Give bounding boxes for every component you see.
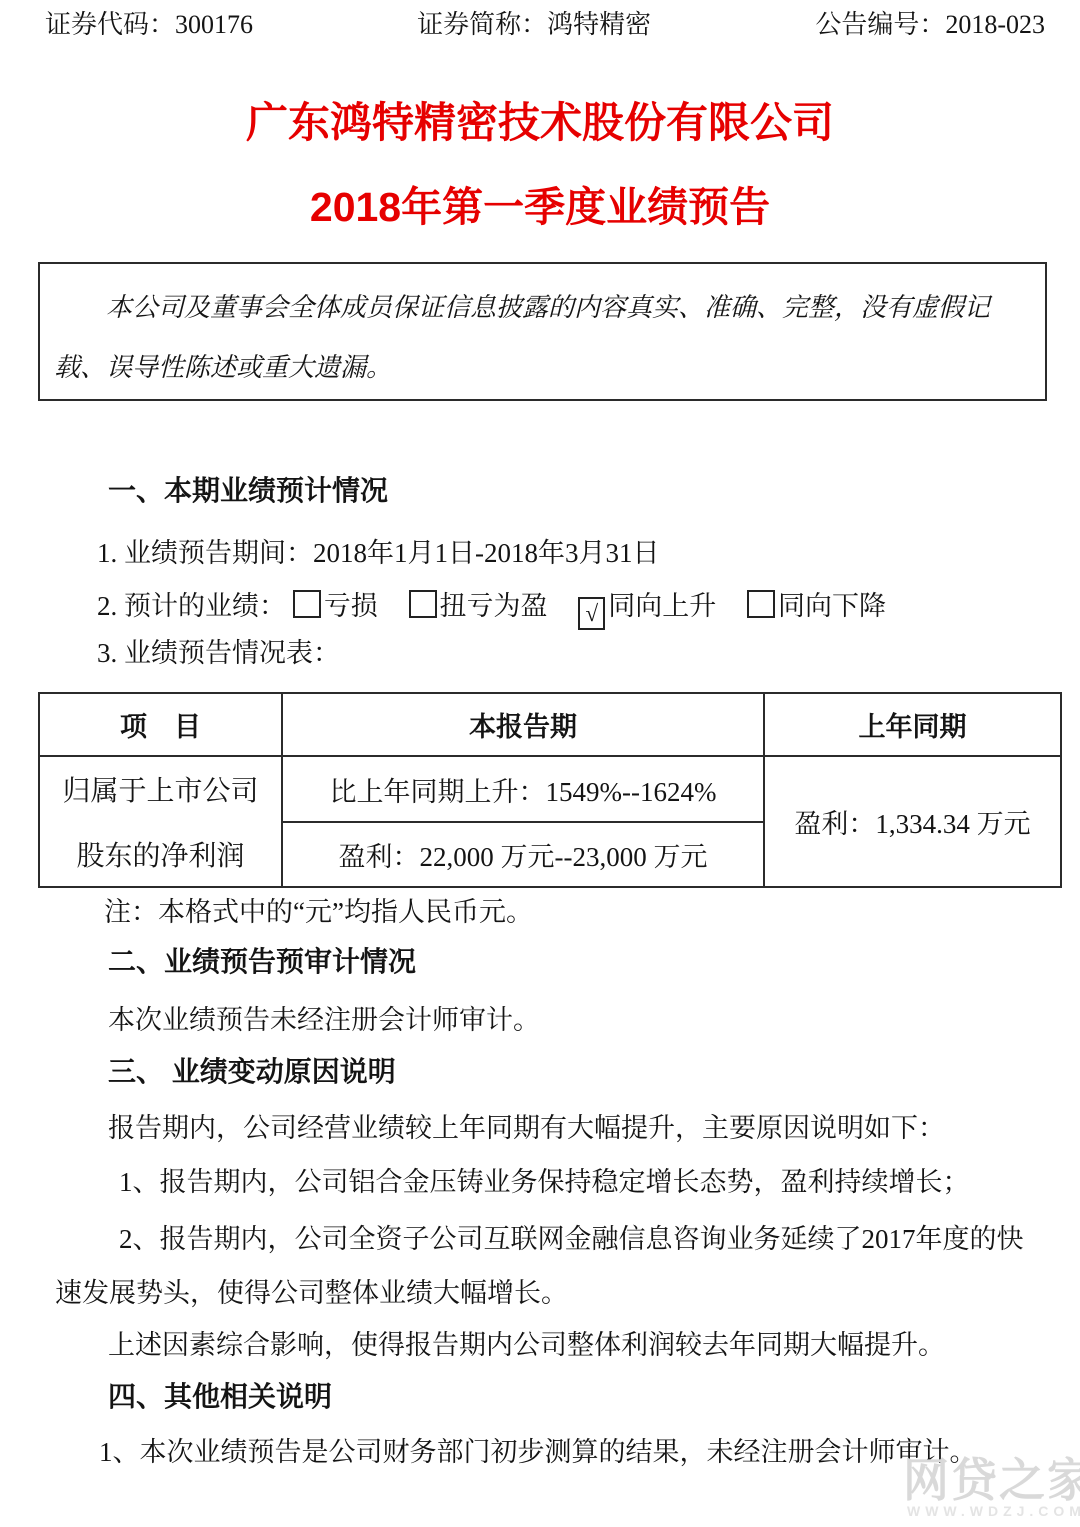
net-profit-label-line1: 归属于上市公司: [62, 769, 258, 809]
report-title: 2018年第一季度业绩预告: [0, 181, 1080, 233]
disclaimer-box: 本公司及董事会全体成员保证信息披露的内容真实、准确、完整，没有虚假记载、误导性陈…: [38, 262, 1047, 401]
yoy-change-cell: 比上年同期上升：1549%--1624%: [283, 757, 765, 823]
option-loss: 亏损: [293, 591, 378, 621]
wdzj-watermark-url: WWW.WDZJ.COM: [907, 1503, 1080, 1519]
checkbox-same-direction-up[interactable]: √: [578, 597, 605, 630]
section-1-heading: 一、本期业绩预计情况: [108, 473, 388, 509]
option-same-direction-up-label: 同向上升: [608, 591, 716, 621]
table-header-item: 项 目: [40, 694, 283, 757]
forecast-type-label: 2. 预计的业绩：: [97, 591, 286, 621]
section-4-heading: 四、其他相关说明: [108, 1379, 332, 1415]
option-turn-profit-label: 扭亏为盈: [440, 591, 548, 621]
section-3-heading: 三、 业绩变动原因说明: [108, 1054, 396, 1090]
checkbox-loss[interactable]: [293, 590, 321, 618]
section-3-para-4: 上述因素综合影响，使得报告期内公司整体利润较去年同期大幅提升。: [108, 1327, 945, 1363]
section-4-para-1: 1、本次业绩预告是公司财务部门初步测算的结果，未经注册会计师审计。: [99, 1434, 977, 1470]
option-same-direction-up: √同向上升: [578, 591, 716, 621]
section-3-para-2: 1、报告期内，公司铝合金压铸业务保持稳定增长态势，盈利持续增长；: [119, 1164, 970, 1200]
checkbox-turn-profit[interactable]: [409, 590, 437, 618]
stock-code: 证券代码：300176: [45, 8, 253, 42]
option-turn-profit: 扭亏为盈: [409, 591, 548, 621]
forecast-type-item: 2. 预计的业绩： 亏损 扭亏为盈 √同向上升 同向下降: [97, 588, 886, 630]
section-3-para-1: 报告期内，公司经营业绩较上年同期有大幅提升，主要原因说明如下：: [108, 1110, 945, 1146]
announcement-number: 公告编号：2018-023: [815, 8, 1045, 42]
company-title: 广东鸿特精密技术股份有限公司: [0, 97, 1080, 149]
section-3-para-3: 2、报告期内，公司全资子公司互联网金融信息咨询业务延续了2017年度的快速发展势…: [55, 1212, 1043, 1320]
net-profit-label-line2: 股东的净利润: [76, 834, 244, 874]
forecast-table-item: 3. 业绩预告情况表：: [97, 635, 340, 671]
table-header-prior-period: 上年同期: [765, 694, 1060, 757]
disclaimer-text: 本公司及董事会全体成员保证信息披露的内容真实、准确、完整，没有虚假记载、误导性陈…: [40, 264, 1045, 398]
announcement-document: 证券代码：300176 证券简称：鸿特精密 公告编号：2018-023 广东鸿特…: [0, 0, 1080, 1527]
table-note: 注：本格式中的“元”均指人民币元。: [104, 894, 533, 930]
option-loss-label: 亏损: [324, 591, 378, 621]
document-header-bar: 证券代码：300176 证券简称：鸿特精密 公告编号：2018-023: [45, 8, 1045, 42]
forecast-table: 项 目 本报告期 上年同期 归属于上市公司 股东的净利润 比上年同期上升：154…: [38, 692, 1062, 888]
net-profit-row-label: 归属于上市公司 股东的净利润: [40, 757, 283, 886]
table-header-current-period: 本报告期: [283, 694, 765, 757]
section-2-heading: 二、业绩预告预审计情况: [108, 944, 416, 980]
option-same-direction-down: 同向下降: [747, 591, 886, 621]
prior-profit-cell: 盈利：1,334.34 万元: [765, 757, 1060, 886]
wdzj-watermark-logo: 网贷之家: [903, 1457, 1080, 1503]
section-2-body: 本次业绩预告未经注册会计师审计。: [108, 1002, 540, 1038]
option-same-direction-down-label: 同向下降: [778, 591, 886, 621]
checkbox-same-direction-down[interactable]: [747, 590, 775, 618]
profit-range-cell: 盈利：22,000 万元--23,000 万元: [283, 823, 765, 886]
forecast-period-item: 1. 业绩预告期间：2018年1月1日-2018年3月31日: [97, 535, 660, 571]
stock-short-name: 证券简称：鸿特精密: [417, 8, 651, 42]
